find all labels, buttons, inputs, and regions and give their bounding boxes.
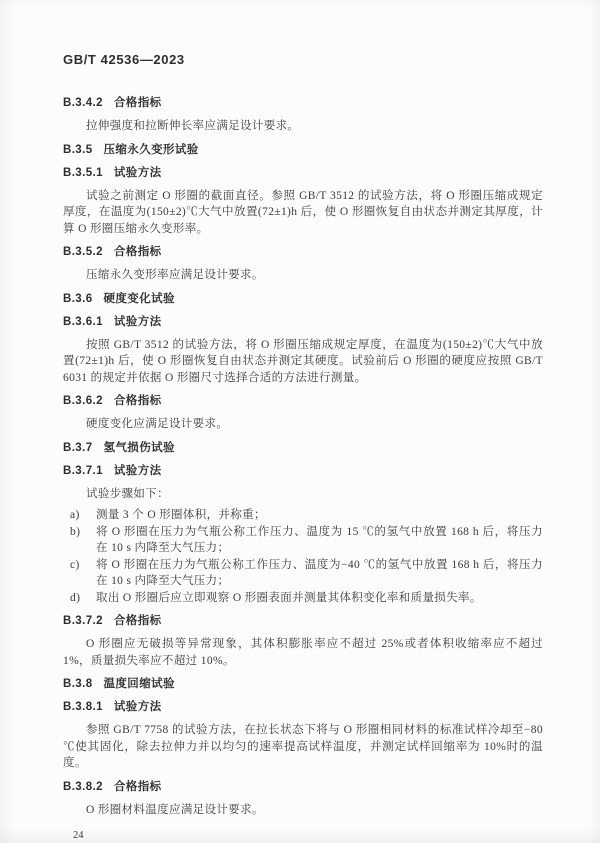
paragraph: 参照 GB/T 7758 的试验方法，在拉长状态下将与 O 形圈相同材料的标准试… <box>63 722 543 772</box>
section-heading-b351: B.3.5.1试验方法 <box>63 165 543 181</box>
section-heading-b382: B.3.8.2合格指标 <box>63 779 543 795</box>
section-title: 试验方法 <box>114 167 162 179</box>
section-number: B.3.8.2 <box>63 781 103 793</box>
section-number: B.3.5.2 <box>63 246 103 258</box>
list-item-label: c) <box>63 557 96 590</box>
section-heading-b342: B.3.4.2合格指标 <box>63 95 543 111</box>
section-title: 合格指标 <box>114 97 162 109</box>
paragraph: 试验之前测定 O 形圈的截面直径。参照 GB/T 3512 的试验方法，将 O … <box>63 188 543 238</box>
section-heading-b371: B.3.7.1试验方法 <box>63 463 543 479</box>
paragraph: 拉伸强度和拉断伸长率应满足设计要求。 <box>63 118 543 135</box>
section-number: B.3.6.1 <box>63 316 103 328</box>
section-number: B.3.7.1 <box>63 465 103 477</box>
section-heading-b361: B.3.6.1试验方法 <box>63 314 543 330</box>
list-item-label: d) <box>63 590 96 607</box>
section-number: B.3.5.1 <box>63 167 103 179</box>
section-title: 试验方法 <box>114 316 162 328</box>
page-number: 24 <box>63 829 543 843</box>
list-item: d) 取出 O 形圈后应立即观察 O 形圈表面并测量其体积变化率和质量损失率。 <box>63 590 543 607</box>
paragraph: 硬度变化应满足设计要求。 <box>63 416 543 433</box>
section-heading-b37: B.3.7氢气损伤试验 <box>63 440 543 456</box>
list-item-text: 取出 O 形圈后应立即观察 O 形圈表面并测量其体积变化率和质量损失率。 <box>96 590 543 607</box>
page-content: GB/T 42536—2023 B.3.4.2合格指标 拉伸强度和拉断伸长率应满… <box>63 0 543 843</box>
section-title: 合格指标 <box>114 781 162 793</box>
section-heading-b362: B.3.6.2合格指标 <box>63 393 543 409</box>
document-page: GB/T 42536—2023 B.3.4.2合格指标 拉伸强度和拉断伸长率应满… <box>0 0 600 843</box>
list-item-label: a) <box>63 507 96 524</box>
section-title: 试验方法 <box>114 465 162 477</box>
section-number: B.3.6.2 <box>63 395 103 407</box>
section-number: B.3.6 <box>63 293 93 305</box>
paragraph: 压缩永久变形率应满足设计要求。 <box>63 267 543 284</box>
test-steps-list: a) 测量 3 个 O 形圈体积，并称重； b) 将 O 形圈在压力为气瓶公称工… <box>63 507 543 606</box>
list-item: a) 测量 3 个 O 形圈体积，并称重； <box>63 507 543 524</box>
list-item-label: b) <box>63 524 96 557</box>
list-item: b) 将 O 形圈在压力为气瓶公称工作压力、温度为 15 ℃的氢气中放置 168… <box>63 524 543 557</box>
paragraph: 试验步骤如下： <box>63 486 543 503</box>
list-item-text: 测量 3 个 O 形圈体积，并称重； <box>96 507 543 524</box>
section-title: 温度回缩试验 <box>104 678 175 690</box>
section-number: B.3.5 <box>63 144 93 156</box>
section-heading-b35: B.3.5压缩永久变形试验 <box>63 142 543 158</box>
section-title: 硬度变化试验 <box>104 293 175 305</box>
section-heading-b352: B.3.5.2合格指标 <box>63 244 543 260</box>
section-heading-b372: B.3.7.2合格指标 <box>63 613 543 629</box>
paragraph: O 形圈材料温度应满足设计要求。 <box>63 802 543 819</box>
paragraph: 按照 GB/T 3512 的试验方法，将 O 形圈压缩成规定厚度，在温度为(15… <box>63 337 543 387</box>
section-number: B.3.4.2 <box>63 97 103 109</box>
section-title: 氢气损伤试验 <box>104 442 175 454</box>
paragraph: O 形圈应无破损等异常现象，其体积膨胀率应不超过 25%或者体积收缩率应不超过 … <box>63 636 543 669</box>
section-heading-b381: B.3.8.1试验方法 <box>63 699 543 715</box>
standard-number: GB/T 42536—2023 <box>63 52 543 68</box>
section-title: 压缩永久变形试验 <box>104 144 199 156</box>
section-number: B.3.7 <box>63 442 93 454</box>
section-number: B.3.7.2 <box>63 615 103 627</box>
section-title: 合格指标 <box>114 395 162 407</box>
section-title: 合格指标 <box>114 615 162 627</box>
section-number: B.3.8 <box>63 678 93 690</box>
section-heading-b36: B.3.6硬度变化试验 <box>63 291 543 307</box>
section-title: 试验方法 <box>114 701 162 713</box>
list-item-text: 将 O 形圈在压力为气瓶公称工作压力、温度为−40 ℃的氢气中放置 168 h … <box>96 557 543 590</box>
section-number: B.3.8.1 <box>63 701 103 713</box>
section-heading-b38: B.3.8温度回缩试验 <box>63 676 543 692</box>
list-item: c) 将 O 形圈在压力为气瓶公称工作压力、温度为−40 ℃的氢气中放置 168… <box>63 557 543 590</box>
section-title: 合格指标 <box>114 246 162 258</box>
list-item-text: 将 O 形圈在压力为气瓶公称工作压力、温度为 15 ℃的氢气中放置 168 h … <box>96 524 543 557</box>
